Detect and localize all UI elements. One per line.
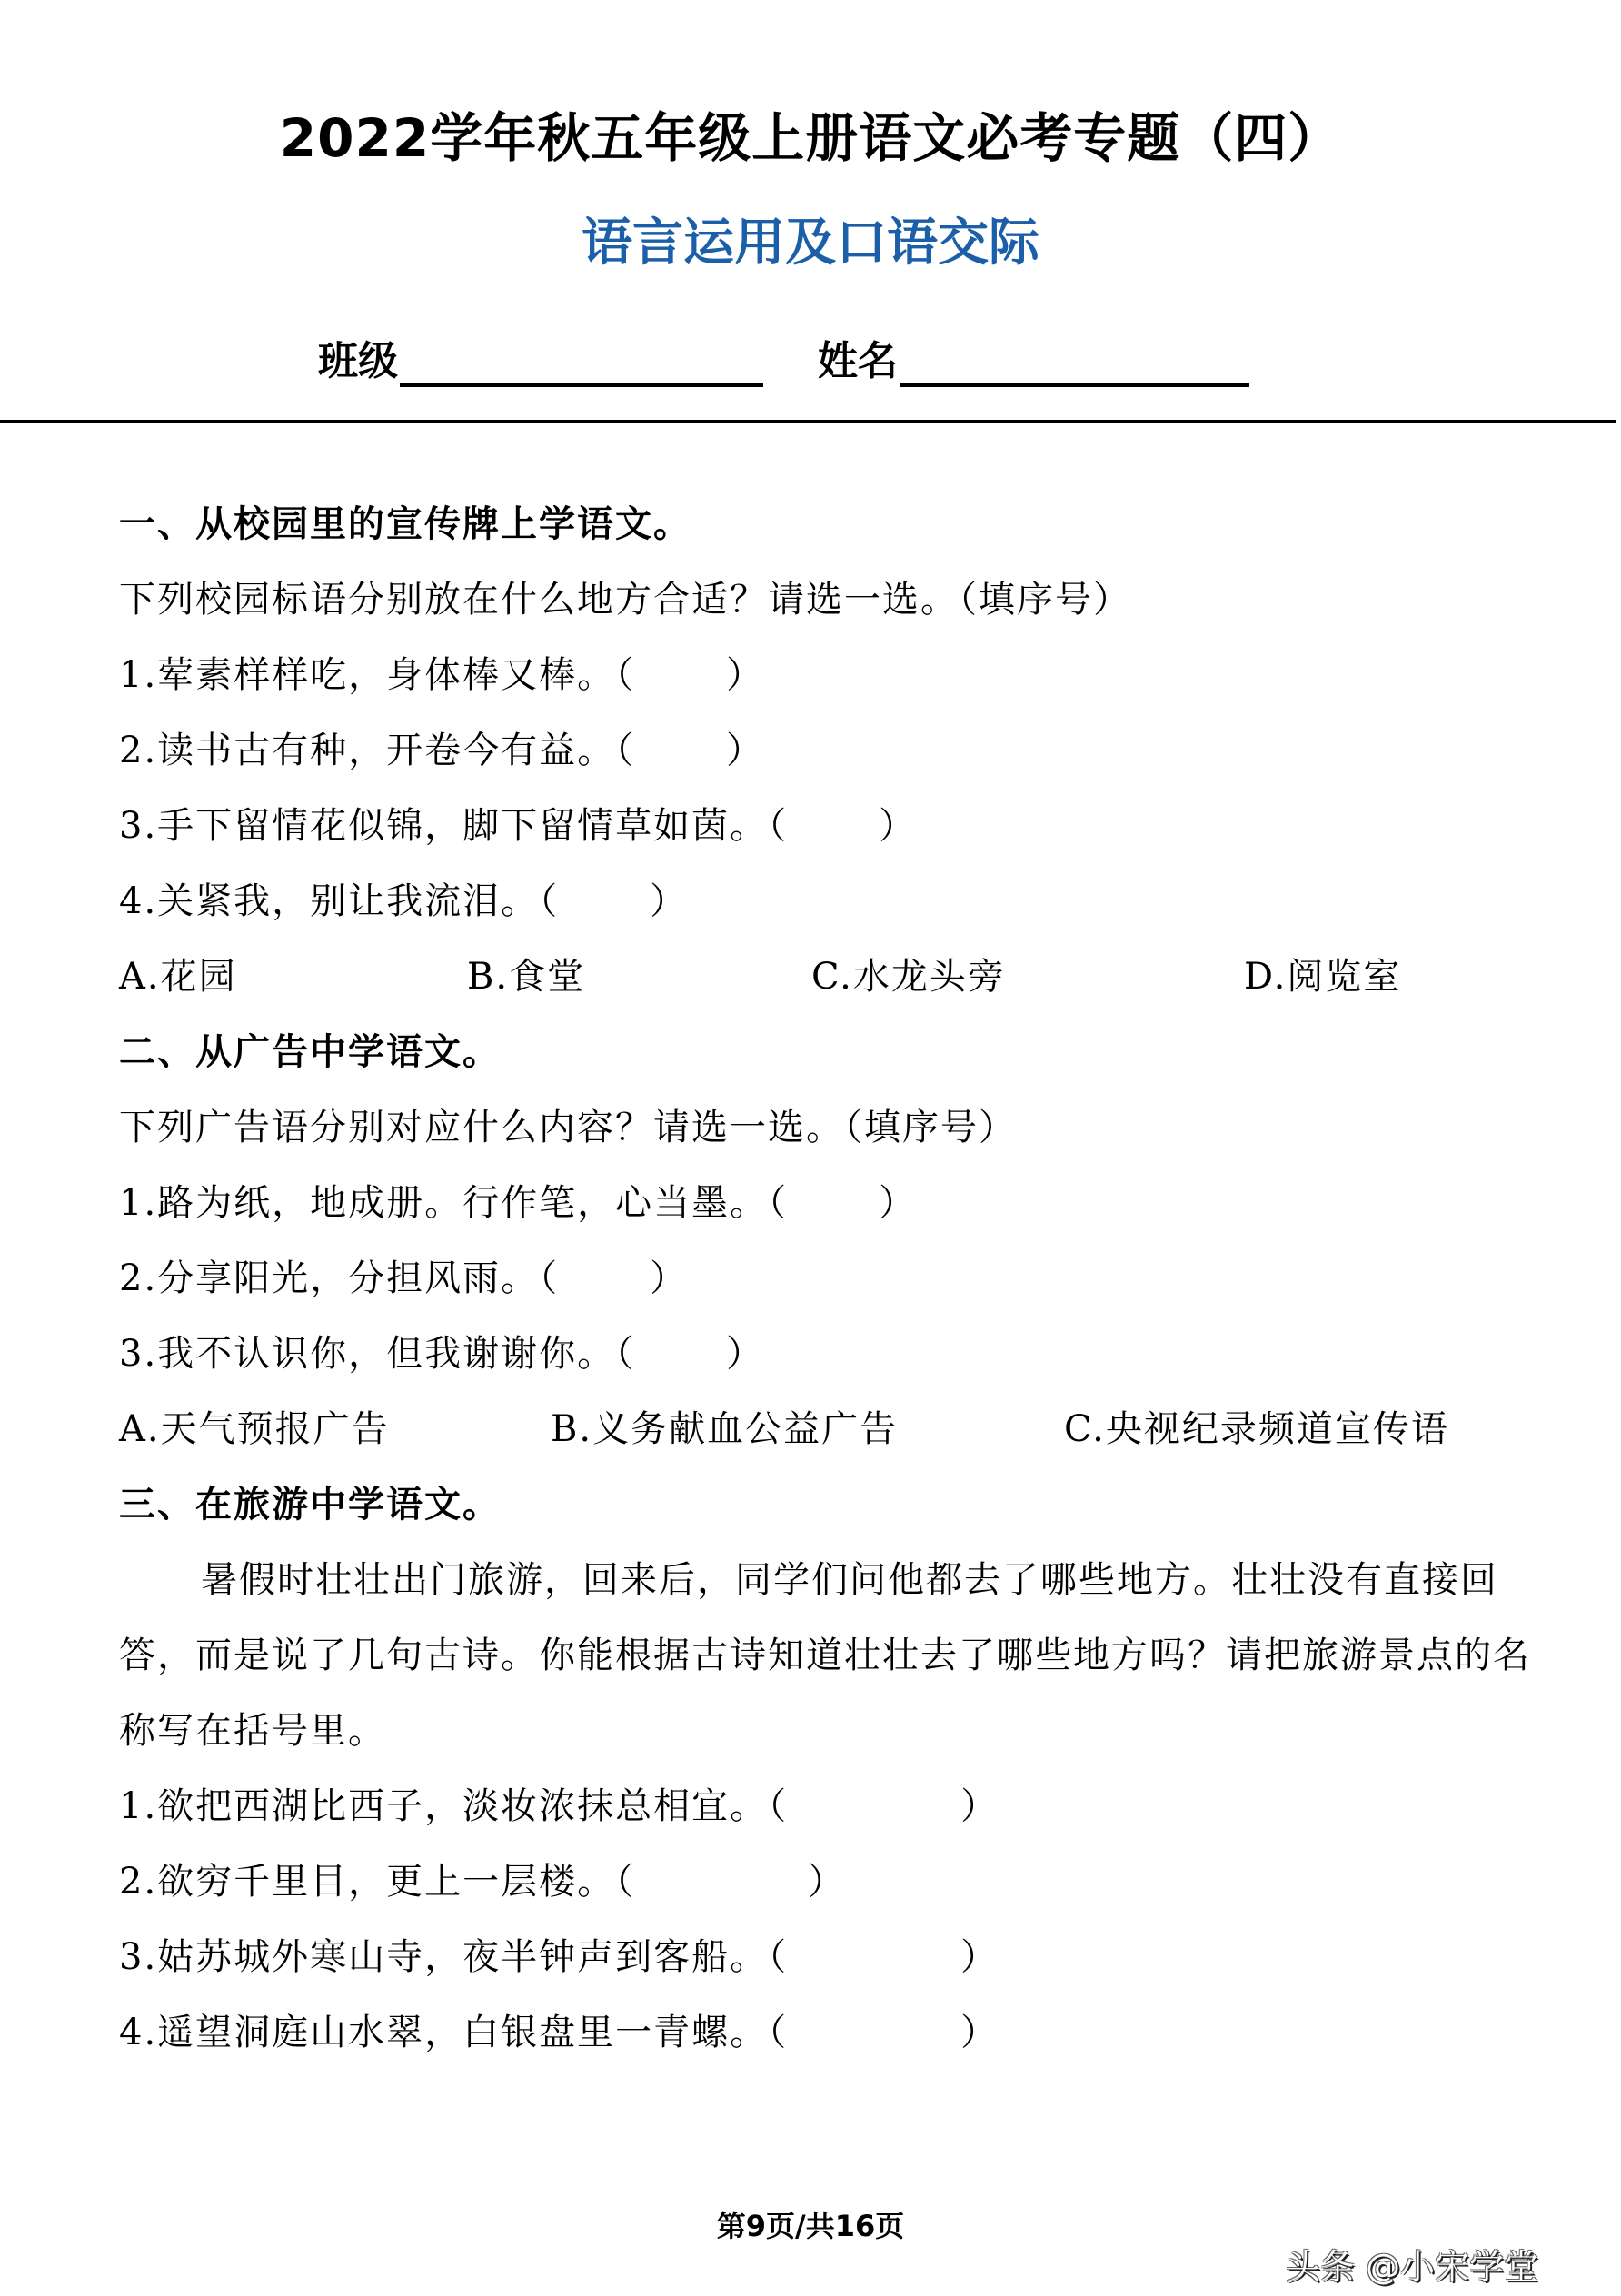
page-number: 第9页/共16页 (0, 2206, 1621, 2246)
option-c: C.央视纪录频道宣传语 (1064, 1392, 1449, 1467)
question-item: 2.分享阳光，分担风雨。（） (119, 1241, 1555, 1317)
question-item: 1.路为纸，地成册。行作笔，心当墨。（） (119, 1166, 1555, 1241)
class-label: 班级 (318, 338, 398, 384)
section-3-heading: 三、在旅游中学语文。 (119, 1467, 1555, 1543)
question-item: 4.遥望洞庭山水翠，白银盘里一青螺。（） (119, 1995, 1555, 2071)
class-input-line[interactable] (400, 334, 763, 387)
section-1-heading: 一、从校园里的宣传牌上学语文。 (119, 487, 1555, 562)
name-input-line[interactable] (900, 334, 1249, 387)
worksheet-title: 2022学年秋五年级上册语文必考专题（四） (0, 102, 1621, 174)
question-item: 3.手下留情花似锦，脚下留情草如茵。（） (119, 789, 1555, 864)
section-2-instruction: 下列广告语分别对应什么内容？请选一选。（填序号） (119, 1090, 1555, 1166)
question-item: 4.关紧我，别让我流泪。（） (119, 864, 1555, 939)
option-b: B.食堂 (467, 939, 585, 1015)
section-3-paragraph: 暑假时壮壮出门旅游，回来后，同学们问他都去了哪些地方。壮壮没有直接回答，而是说了… (119, 1543, 1564, 1769)
question-item: 3.姑苏城外寒山寺，夜半钟声到客船。（） (119, 1920, 1555, 1995)
section-2-heading: 二、从广告中学语文。 (119, 1015, 1555, 1090)
section-2-options: A.天气预报广告 B.义务献血公益广告 C.央视纪录频道宣传语 (119, 1392, 1555, 1467)
question-item: 1.欲把西湖比西子，淡妆浓抹总相宜。（） (119, 1769, 1555, 1844)
name-label: 姓名 (818, 338, 898, 384)
option-c: C.水龙头旁 (811, 939, 1006, 1015)
section-1-instruction: 下列校园标语分别放在什么地方合适？请选一选。（填序号） (119, 562, 1555, 638)
option-b: B.义务献血公益广告 (551, 1392, 898, 1467)
class-field: 班级 (318, 334, 763, 387)
worksheet-subtitle: 语言运用及口语交际 (0, 207, 1621, 280)
section-1-options: A.花园 B.食堂 C.水龙头旁 D.阅览室 (119, 939, 1555, 1015)
option-d: D.阅览室 (1244, 939, 1401, 1015)
question-item: 3.我不认识你，但我谢谢你。（） (119, 1317, 1555, 1392)
option-a: A.天气预报广告 (119, 1392, 390, 1467)
option-a: A.花园 (119, 939, 237, 1015)
worksheet-body: 一、从校园里的宣传牌上学语文。 下列校园标语分别放在什么地方合适？请选一选。（填… (119, 487, 1555, 2071)
name-field: 姓名 (818, 334, 1249, 387)
header-divider (0, 420, 1616, 423)
question-item: 1.荤素样样吃，身体棒又棒。（） (119, 638, 1555, 713)
watermark: 头条 @小宋学堂 (1286, 2244, 1538, 2290)
question-item: 2.欲穷千里目，更上一层楼。（） (119, 1844, 1555, 1920)
question-item: 2.读书古有种，开卷今有益。（） (119, 713, 1555, 789)
